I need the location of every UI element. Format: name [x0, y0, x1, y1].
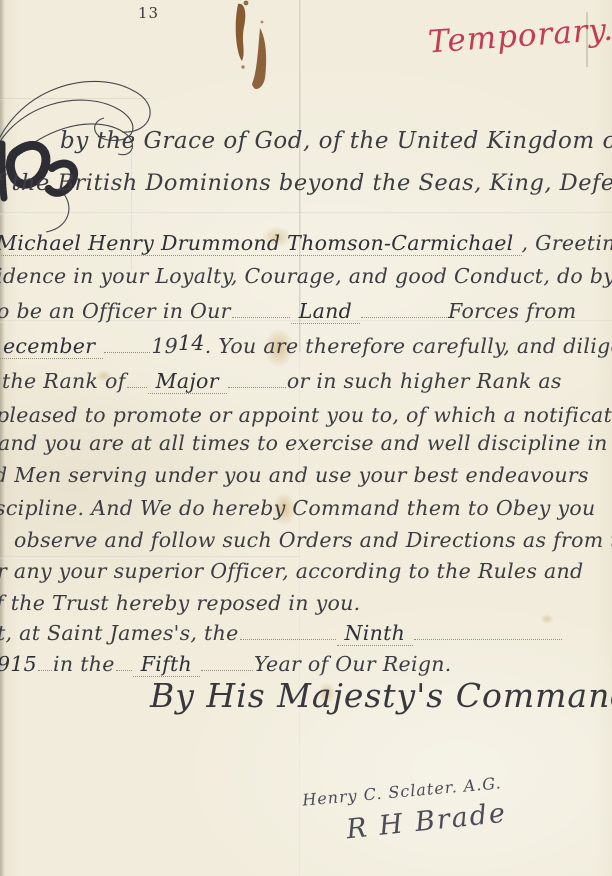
line-text: o be an Officer in Our	[0, 299, 231, 323]
year-1915-fill: 915	[0, 652, 37, 676]
war-office-secretary-signature: R H Brade	[345, 798, 509, 846]
line-promote-appoint: pleased to promote or appoint you to, of…	[0, 403, 612, 428]
line-text: by the Grace of God, of the United Kingd…	[60, 128, 612, 154]
line-text: Forces from	[448, 299, 576, 323]
line-men-serving: d Men serving under you and use your bes…	[0, 463, 589, 488]
officer-name-fill: Michael Henry Drummond Thomson-Carmichae…	[0, 231, 522, 256]
dotted-rule	[232, 315, 290, 318]
line-text: the Rank of	[2, 369, 126, 393]
dotted-rule	[116, 668, 132, 671]
line-text: f the Trust hereby reposed in you.	[0, 591, 360, 615]
year-fill: 14	[178, 331, 205, 355]
regnal-year-fill: Fifth	[133, 652, 200, 677]
line-year-of-reign: 915in theFifthYear of Our Reign.	[0, 652, 452, 677]
dotted-rule	[127, 385, 147, 388]
line-command-obey: scipline. And We do hereby Command them …	[0, 496, 596, 521]
line-text: f the British Dominions beyond the Seas,…	[0, 170, 612, 196]
line-text: in the	[53, 652, 115, 676]
line-loyalty-courage: idence in your Loyalty, Courage, and goo…	[0, 264, 612, 289]
line-text: and you are at all times to exercise and…	[0, 431, 608, 455]
line-text: By His Majesty's Command.	[150, 676, 612, 715]
line-text: idence in your Loyalty, Courage, and goo…	[0, 264, 612, 288]
line-text: or in such higher Rank as	[287, 369, 562, 393]
line-officer-name: Michael Henry Drummond Thomson-Carmichae…	[0, 231, 612, 256]
arm-of-service-fill: Land	[291, 299, 360, 324]
line-trust-reposed: f the Trust hereby reposed in you.	[0, 591, 360, 616]
dotted-rule	[228, 385, 286, 388]
line-text: . You are therefore carefully, and dilig…	[205, 334, 612, 358]
line-date-from: ecember1914. You are therefore carefully…	[0, 334, 612, 359]
line-superior-officer: r any your superior Officer, according t…	[0, 559, 583, 584]
line-british-dominions: f the British Dominions beyond the Seas,…	[0, 170, 612, 197]
printed-year-prefix: 19	[151, 334, 178, 358]
line-rank-of: the Rank ofMajoror in such higher Rank a…	[2, 369, 562, 394]
line-saint-james: t, at Saint James's, theNinth	[0, 621, 563, 646]
dotted-rule	[38, 668, 52, 671]
line-text: , Greeting:	[522, 231, 612, 255]
dotted-rule	[201, 668, 253, 671]
day-fill: Ninth	[337, 621, 414, 646]
line-text: d Men serving under you and use your bes…	[0, 463, 589, 487]
dotted-rule	[240, 637, 336, 640]
line-officer-in-our: o be an Officer in OurLandForces from	[0, 299, 576, 324]
dotted-rule	[414, 637, 562, 640]
line-exercise-discipline: and you are at all times to exercise and…	[0, 431, 608, 456]
rank-fill: Major	[148, 369, 227, 394]
line-text: Year of Our Reign.	[254, 652, 452, 676]
dotted-rule	[104, 350, 150, 353]
ink-blot	[216, 0, 286, 100]
line-orders-directions: observe and follow such Orders and Direc…	[14, 528, 612, 553]
line-text: scipline. And We do hereby Command them …	[0, 496, 596, 520]
page-number: 13	[138, 4, 159, 22]
line-grace-of-god: by the Grace of God, of the United Kingd…	[60, 128, 612, 156]
month-fill: ecember	[0, 334, 103, 359]
line-text: r any your superior Officer, according t…	[0, 559, 583, 583]
temporary-stamp: Temporary.	[427, 12, 612, 61]
line-text: observe and follow such Orders and Direc…	[14, 528, 612, 552]
dotted-rule	[361, 315, 447, 318]
line-text: t, at Saint James's, the	[0, 621, 239, 645]
scanned-commission-document: 13 Temporary. by the Grace of God, of th…	[0, 0, 612, 876]
line-text: pleased to promote or appoint you to, of…	[0, 403, 612, 427]
by-his-majestys-command: By His Majesty's Command.	[150, 676, 612, 716]
